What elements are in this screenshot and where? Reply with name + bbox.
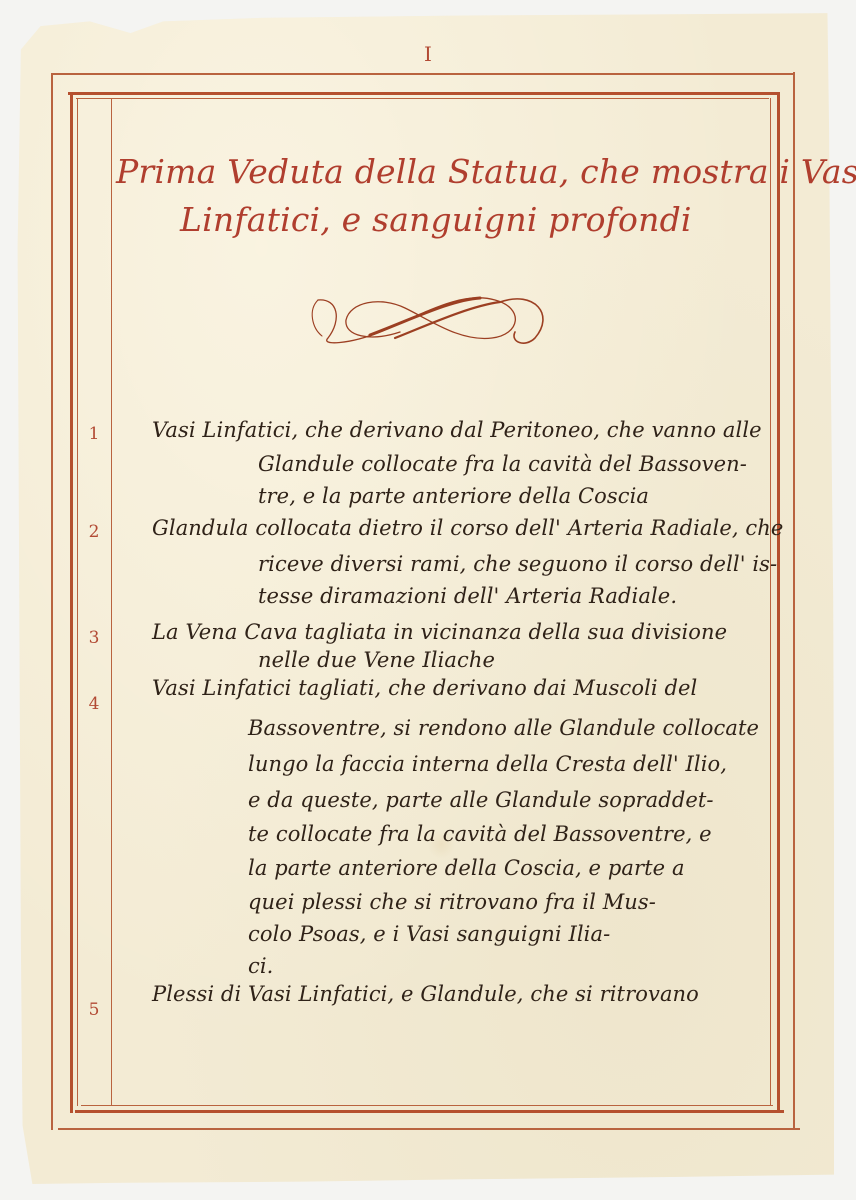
entry-number: 1 [80, 424, 108, 444]
frame-inner-thin-right [770, 98, 771, 1106]
margin-rule [111, 98, 112, 1106]
entry-text-line: Vasi Linfatici tagliati, che derivano da… [152, 676, 697, 700]
entry-text-line: Glandule collocate fra la cavità del Bas… [258, 452, 747, 476]
frame-inner-thin-left [77, 98, 78, 1106]
entry-number: 3 [80, 628, 108, 648]
entry-text-line: lungo la faccia interna della Cresta del… [248, 752, 727, 776]
entry-text-line: Bassoventre, si rendono alle Glandule co… [248, 716, 759, 740]
frame-inner-thick-right [777, 92, 780, 1113]
flourish-ornament-icon [310, 280, 560, 360]
entry-text-line: Glandula collocata dietro il corso dell'… [152, 516, 783, 540]
entry-number: 4 [80, 694, 108, 714]
frame-inner-thin-top [76, 98, 769, 99]
entry-number: 2 [80, 522, 108, 542]
entry-text-line: Vasi Linfatici, che derivano dal Periton… [152, 418, 762, 442]
page-number: I [0, 42, 856, 66]
entry-text-line: colo Psoas, e i Vasi sanguigni Ilia- [248, 922, 610, 946]
entry-text-line: la parte anteriore della Coscia, e parte… [248, 856, 685, 880]
frame-inner-thick-top [68, 92, 777, 95]
entry-text-line: te collocate fra la cavità del Bassovent… [248, 822, 712, 846]
frame-inner-thick-bottom [75, 1110, 784, 1113]
entry-number: 5 [80, 1000, 108, 1020]
frame-outer-bottom [58, 1128, 800, 1130]
frame-inner-thin-bottom [81, 1105, 773, 1106]
entry-text-line: La Vena Cava tagliata in vicinanza della… [152, 620, 727, 644]
entry-text-line: e da queste, parte alle Glandule sopradd… [248, 788, 714, 812]
entry-text-line: riceve diversi rami, che seguono il cors… [258, 552, 777, 576]
entry-text-line: quei plessi che si ritrovano fra il Mus- [248, 890, 656, 914]
title-line-2: Linfatici, e sanguigni profondi [180, 200, 840, 239]
frame-inner-thick-left [70, 92, 73, 1113]
frame-outer-left [51, 73, 53, 1130]
entry-text-line: tre, e la parte anteriore della Coscia [258, 484, 649, 508]
title-line-1: Prima Veduta della Statua, che mostra i … [116, 152, 776, 191]
entry-text-line: nelle due Vene Iliache [258, 648, 495, 672]
entry-text-line: tesse diramazioni dell' Arteria Radiale. [258, 584, 677, 608]
entry-text-line: Plessi di Vasi Linfatici, e Glandule, ch… [152, 982, 699, 1006]
entry-text-line: ci. [248, 954, 273, 978]
frame-outer-top [51, 73, 794, 75]
